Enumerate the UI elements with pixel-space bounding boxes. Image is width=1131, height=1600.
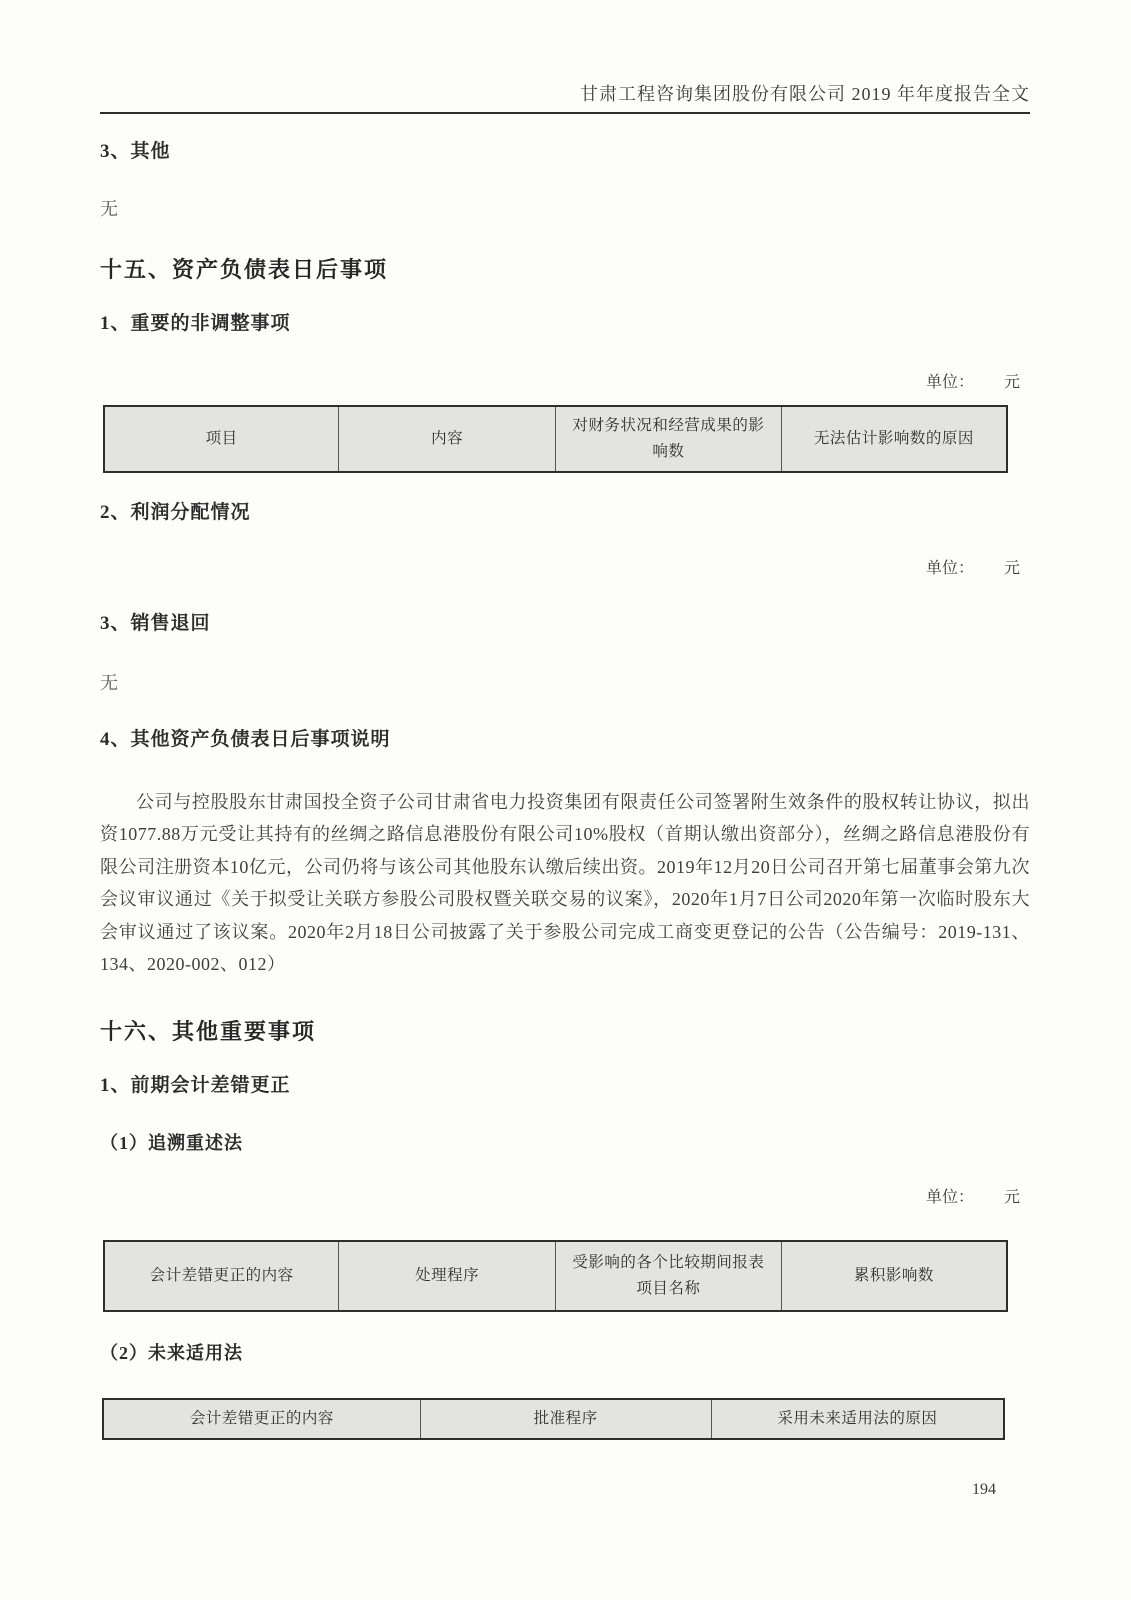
heading-15-4: 4、其他资产负债表日后事项说明	[100, 728, 1030, 752]
non-adjusting-events-table: 项目 内容 对财务状况和经营成果的影响数 无法估计影响数的原因	[103, 405, 1008, 473]
heading-section-15: 十五、资产负债表日后事项	[100, 256, 1030, 284]
table-header-cell: 批准程序	[420, 1399, 711, 1439]
header-divider	[100, 112, 1030, 114]
table-header-cell: 项目	[104, 406, 339, 472]
heading-16-1-1: （1）追溯重述法	[100, 1132, 1030, 1155]
table-header-cell: 采用未来适用法的原因	[711, 1399, 1004, 1439]
unit-value: 元	[1004, 1189, 1020, 1206]
unit-label: 单位：	[926, 560, 974, 577]
table-header-row: 会计差错更正的内容 处理程序 受影响的各个比较期间报表项目名称 累积影响数	[104, 1241, 1007, 1311]
unit-label: 单位：	[926, 374, 974, 391]
table-header-cell: 处理程序	[339, 1241, 556, 1311]
table-header-cell: 受影响的各个比较期间报表项目名称	[555, 1241, 781, 1311]
unit-value: 元	[1004, 374, 1020, 391]
none-text-2: 无	[100, 672, 1030, 694]
unit-line-1: 单位：元	[100, 372, 1030, 394]
table-header-cell: 内容	[339, 406, 556, 472]
heading-15-1: 1、重要的非调整事项	[100, 312, 1030, 336]
unit-value: 元	[1004, 560, 1020, 577]
table-header-cell: 无法估计影响数的原因	[781, 406, 1007, 472]
subsequent-events-paragraph: 公司与控股股东甘肃国投全资子公司甘肃省电力投资集团有限责任公司签署附生效条件的股…	[100, 786, 1030, 980]
document-header-title: 甘肃工程咨询集团股份有限公司 2019 年年度报告全文	[100, 84, 1030, 105]
table-header-cell: 累积影响数	[781, 1241, 1007, 1311]
unit-line-3: 单位：元	[100, 1187, 1030, 1209]
none-text-1: 无	[100, 198, 1030, 220]
retrospective-restatement-table: 会计差错更正的内容 处理程序 受影响的各个比较期间报表项目名称 累积影响数	[103, 1240, 1008, 1312]
table-header-row: 会计差错更正的内容 批准程序 采用未来适用法的原因	[103, 1399, 1004, 1439]
table-header-cell: 会计差错更正的内容	[103, 1399, 420, 1439]
table-header-row: 项目 内容 对财务状况和经营成果的影响数 无法估计影响数的原因	[104, 406, 1007, 472]
heading-16-1: 1、前期会计差错更正	[100, 1074, 1030, 1098]
table-header-cell: 对财务状况和经营成果的影响数	[555, 406, 781, 472]
heading-15-2: 2、利润分配情况	[100, 501, 1030, 525]
page-number: 194	[972, 1481, 996, 1499]
prospective-application-table: 会计差错更正的内容 批准程序 采用未来适用法的原因	[102, 1398, 1005, 1440]
unit-line-2: 单位：元	[100, 558, 1030, 580]
heading-15-3: 3、销售退回	[100, 612, 1030, 636]
report-page: 甘肃工程咨询集团股份有限公司 2019 年年度报告全文 3、其他 无 十五、资产…	[0, 0, 1131, 1600]
heading-section-16: 十六、其他重要事项	[100, 1018, 1030, 1046]
heading-16-1-2: （2）未来适用法	[100, 1342, 1030, 1365]
table-header-cell: 会计差错更正的内容	[104, 1241, 339, 1311]
heading-3-other: 3、其他	[100, 140, 1030, 164]
unit-label: 单位：	[926, 1189, 974, 1206]
